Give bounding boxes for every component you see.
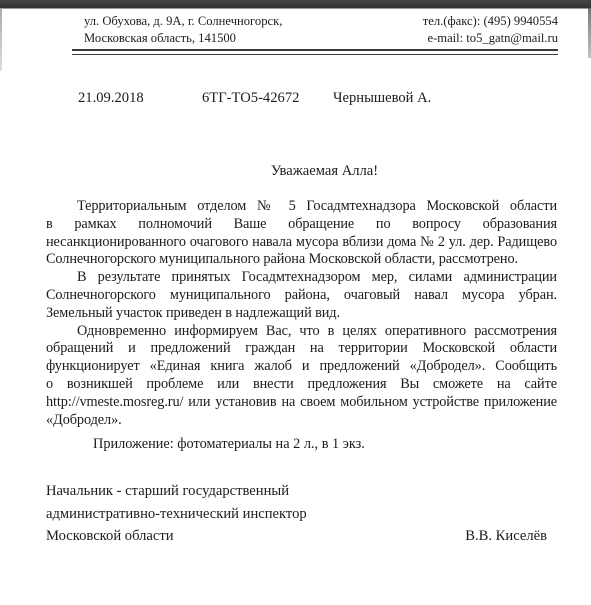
body-text-line: Земельный участок приведен в надлежащий … xyxy=(46,305,557,323)
signature-position-line2: административно-технический инспектор xyxy=(46,503,547,525)
body-text-line: Одновременно информируем Вас, что в целя… xyxy=(46,323,557,341)
body-text-line: функционирует «Единая книга жалоб и пред… xyxy=(46,358,557,376)
salutation: Уважаемая Алла! xyxy=(46,162,558,181)
body-text-line: Солнечногорского муниципального района, … xyxy=(46,287,557,305)
body-text-line: «Добродел». xyxy=(46,412,557,430)
signature-position-line1: Начальник - старший государственный xyxy=(46,480,547,502)
body-text-line: Территориальным отделом № 5 Госадмтехнад… xyxy=(46,198,557,216)
body-text-line: В результате принятых Госадмтехнадзором … xyxy=(46,269,557,287)
letter-date: 21.09.2018 xyxy=(78,89,202,108)
letterhead-address: ул. Обухова, д. 9А, г. Солнечногорск, Мо… xyxy=(84,13,282,46)
signature-last-row: Московской области В.В. Киселёв xyxy=(46,525,547,547)
body-paragraph-2: В результате принятых Госадмтехнадзором … xyxy=(46,269,557,322)
letterhead-phone: тел.(факс): (495) 9940554 xyxy=(423,13,558,30)
body-text-line: несанкционированного очагового навала му… xyxy=(46,234,557,252)
letter-recipient: Чернышевой А. xyxy=(333,89,431,108)
body-text-line: в рамках полномочий Ваше обращение по во… xyxy=(46,216,557,234)
signature-name: В.В. Киселёв xyxy=(465,525,547,547)
reference-line: 21.09.2018 6ТГ-ТО5-42672 Чернышевой А. xyxy=(78,89,558,108)
signature-position-line3: Московской области xyxy=(46,525,174,547)
scan-edge-top xyxy=(0,0,591,9)
letterhead-contacts: тел.(факс): (495) 9940554 e-mail: to5_ga… xyxy=(423,13,558,46)
letterhead-divider xyxy=(72,49,558,55)
attachment-line: Приложение: фотоматериалы на 2 л., в 1 э… xyxy=(46,436,557,454)
body-paragraph-3: Одновременно информируем Вас, что в целя… xyxy=(46,323,557,430)
body-text-line: обращений и предложений граждан на терри… xyxy=(46,340,557,358)
body-text-line: Солнечногорского муниципального района М… xyxy=(46,251,557,269)
letterhead-address-line2: Московская область, 141500 xyxy=(84,30,282,47)
letter-number: 6ТГ-ТО5-42672 xyxy=(202,89,333,108)
letterhead-email: e-mail: to5_gatn@mail.ru xyxy=(423,30,558,47)
letterhead-address-line1: ул. Обухова, д. 9А, г. Солнечногорск, xyxy=(84,13,282,30)
scan-edge-left xyxy=(0,9,2,71)
body-text-line: о возникшей проблеме или внести предложе… xyxy=(46,376,557,394)
body-paragraph-1: Территориальным отделом № 5 Госадмтехнад… xyxy=(46,198,557,269)
letter-page: ул. Обухова, д. 9А, г. Солнечногорск, Мо… xyxy=(0,0,591,605)
signature-block: Начальник - старший государственный адми… xyxy=(46,480,547,547)
body-text-line: http://vmeste.mosreg.ru/ или установив н… xyxy=(46,394,557,412)
